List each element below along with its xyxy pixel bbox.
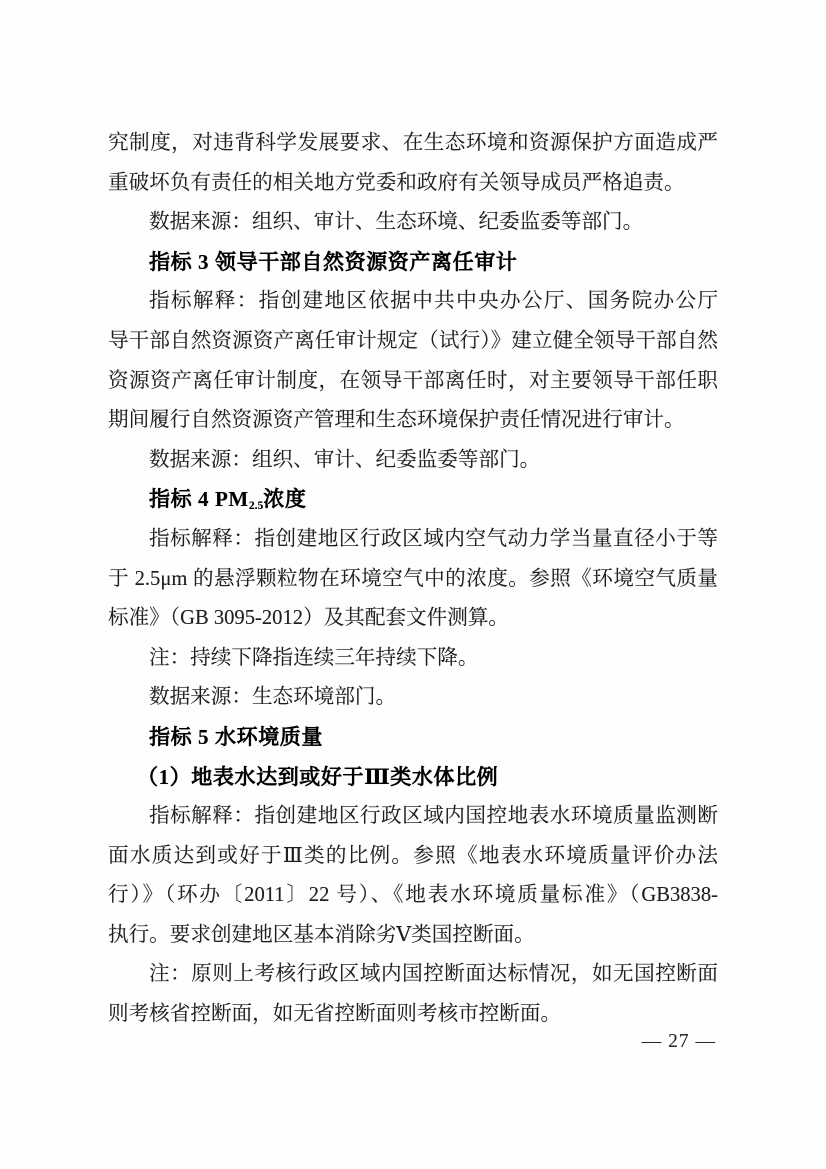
body-line: 标准》（GB 3095-2012）及其配套文件测算。 [108, 599, 718, 639]
surface-water-subheading: （1）地表水达到或好于Ⅲ类水体比例 [108, 758, 718, 798]
indicator-4-heading: 指标 4 PM2.5浓度 [108, 480, 718, 520]
body-line: 行）》（环办〔2011〕22 号）、《地表水环境质量标准》（GB3838-200… [108, 876, 718, 916]
body-line: 重破坏负有责任的相关地方党委和政府有关领导成员严格追责。 [108, 164, 718, 204]
body-line: 究制度，对违背科学发展要求、在生态环境和资源保护方面造成严 [108, 124, 718, 164]
data-source-line: 数据来源：生态环境部门。 [108, 678, 718, 718]
body-line: 导干部自然资源资产离任审计规定（试行）》建立健全领导干部自然 [108, 322, 718, 362]
body-line: 指标解释：指创建地区依据中共中央办公厅、国务院办公厅《领 [108, 282, 718, 322]
data-source-line: 数据来源：组织、审计、生态环境、纪委监委等部门。 [108, 203, 718, 243]
document-page: 究制度，对违背科学发展要求、在生态环境和资源保护方面造成严 重破坏负有责任的相关… [0, 0, 826, 1169]
body-line: 指标解释：指创建地区行政区域内国控地表水环境质量监测断 [108, 797, 718, 837]
body-line: 指标解释：指创建地区行政区域内空气动力学当量直径小于等 [108, 520, 718, 560]
pm25-subscript: 2.5 [249, 501, 263, 513]
indicator-5-heading: 指标 5 水环境质量 [108, 718, 718, 758]
body-line: 执行。要求创建地区基本消除劣Ⅴ类国控断面。 [108, 916, 718, 956]
body-line: 于 2.5μm 的悬浮颗粒物在环境空气中的浓度。参照《环境空气质量 [108, 560, 718, 600]
page-content: 究制度，对违背科学发展要求、在生态环境和资源保护方面造成严 重破坏负有责任的相关… [108, 124, 718, 1035]
note-line: 注：原则上考核行政区域内国控断面达标情况，如无国控断面 [108, 955, 718, 995]
data-source-line: 数据来源：组织、审计、纪委监委等部门。 [108, 441, 718, 481]
note-line: 注：持续下降指连续三年持续下降。 [108, 639, 718, 679]
indicator-3-heading: 指标 3 领导干部自然资源资产离任审计 [108, 243, 718, 283]
heading-text: 浓度 [263, 487, 306, 511]
body-line: 期间履行自然资源资产管理和生态环境保护责任情况进行审计。 [108, 401, 718, 441]
body-line: 资源资产离任审计制度，在领导干部离任时，对主要领导干部任职 [108, 362, 718, 402]
heading-text: 指标 4 PM [149, 487, 249, 511]
page-number: — 27 — [416, 1029, 716, 1055]
body-line: 面水质达到或好于Ⅲ类的比例。参照《地表水环境质量评价办法（试 [108, 837, 718, 877]
